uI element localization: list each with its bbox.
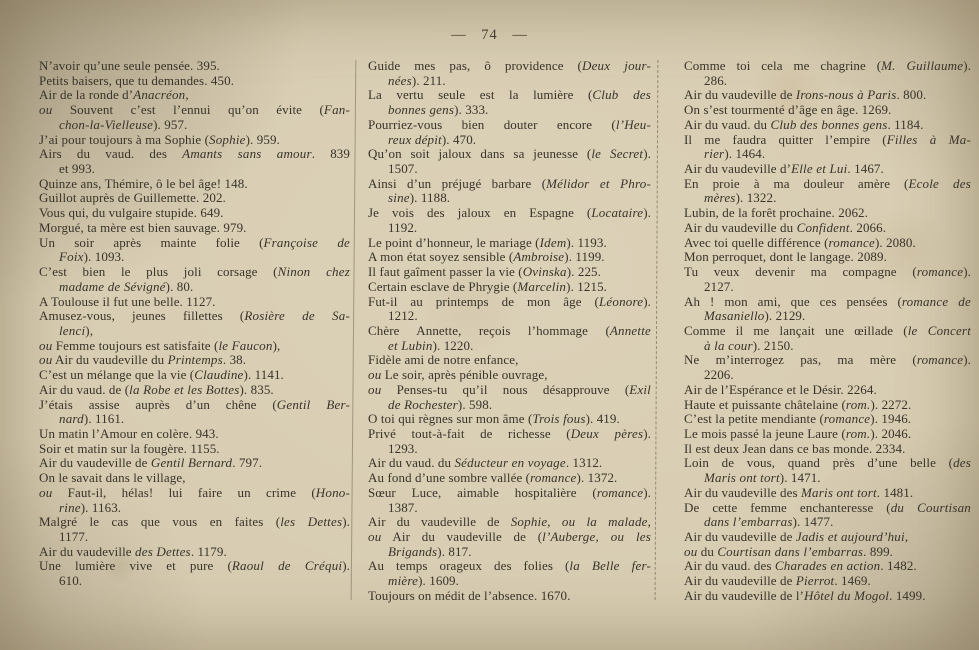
index-entry-line: Lubin, de la forêt prochaine. 2062. [684,206,971,221]
index-entry-line: et Lubin). 1220. [368,339,651,354]
index-entry-line: Air du vaudeville de Irons-nous à Paris.… [684,88,971,103]
index-entry-line: ou du Courtisan dans l’embarras. 899. [684,545,971,560]
column-divider-left [351,60,357,600]
index-entry-line: Au fond d’une sombre vallée (romance). 1… [368,471,651,486]
index-entry-line: bonnes gens). 333. [368,103,651,118]
index-entry-line: Air du vaud. du Club des bonnes gens. 11… [684,118,971,133]
index-entry-line: Un soir après mainte folie (Françoise de [39,236,350,251]
index-entry-line: On s’est tourmenté d’âge en âge. 1269. [684,103,971,118]
index-entry-line: Soir et matin sur la fougère. 1155. [39,442,350,457]
index-entry-line: Brigands). 817. [368,545,651,560]
index-entry-line: Air du vaudeville de Gentil Bernard. 797… [39,456,350,471]
index-entry-line: Chère Annette, reçois l’hommage (Annette [368,324,651,339]
scanned-book-page: — 74 — N’avoir qu’une seule pensée. 395.… [0,0,979,650]
index-entry-line: nard). 1161. [39,412,350,427]
index-entry-line: Loin de vous, quand près d’une belle (de… [684,456,971,471]
index-entry-line: rine). 1163. [39,501,350,516]
index-column-right: Comme toi cela me chagrine (M. Guillaume… [684,59,971,604]
index-entry-line: Avec toi quelle différence (romance). 20… [684,236,971,251]
index-entry-line: reux dépit). 470. [368,133,651,148]
index-entry-line: Il est deux Jean dans ce bas monde. 2334… [684,442,971,457]
index-entry-line: Air du vaudeville de Jadis et aujourd’hu… [684,530,971,545]
index-entry-line: Le mois passé la jeune Laure (rom.). 204… [684,427,971,442]
index-entry-line: 2127. [684,280,971,295]
index-entry-line: 2206. [684,368,971,383]
index-entry-line: Il me faudra quitter l’empire (Filles à … [684,133,971,148]
index-entry-line: Air du vaudeville d’Elle et Lui. 1467. [684,162,971,177]
index-entry-line: Guide mes pas, ô providence (Deux jour- [368,59,651,74]
index-entry-line: Morgué, ta mère est bien sauvage. 979. [39,221,350,236]
index-entry-line: Ah ! mon ami, que ces pensées (romance d… [684,295,971,310]
index-entry-line: ou Penses-tu qu’il nous désapprouve (Exi… [368,383,651,398]
column-divider-right [655,60,659,600]
index-entry-line: ou Faut-il, hélas! lui faire un crime (H… [39,486,350,501]
index-entry-line: Privé tout-à-fait de richesse (Deux père… [368,427,651,442]
index-entry-line: On le savait dans le village, [39,471,350,486]
index-entry-line: A mon état soyez sensible (Ambroise). 11… [368,250,651,265]
index-entry-line: Au temps orageux des folies (la Belle fe… [368,559,651,574]
index-entry-line: 1212. [368,309,651,324]
index-entry-line: O toi qui règnes sur mon âme (Trois fous… [368,412,651,427]
index-entry-line: 1293. [368,442,651,457]
index-entry-line: Malgré le cas que vous en faites (les De… [39,515,350,530]
index-entry-line: Tu veux devenir ma compagne (romance). [684,265,971,280]
index-column-left: N’avoir qu’une seule pensée. 395.Petits … [39,59,350,589]
index-entry-line: ou Souvent c’est l’ennui qu’on évite (Fa… [39,103,350,118]
index-entry-line: Air du vaudeville des Maris ont tort. 14… [684,486,971,501]
index-entry-line: rier). 1464. [684,147,971,162]
index-entry-line: Air du vaudeville des Dettes. 1179. [39,545,350,560]
index-entry-line: Sœur Luce, aimable hospitalière (romance… [368,486,651,501]
index-entry-line: Une lumière vive et pure (Raoul de Créqu… [39,559,350,574]
index-entry-line: En proie à ma douleur amère (Ecole des [684,177,971,192]
index-entry-line: 1177. [39,530,350,545]
index-entry-line: Ne m’interrogez pas, ma mère (romance). [684,353,971,368]
index-entry-line: N’avoir qu’une seule pensée. 395. [39,59,350,74]
index-entry-line: 286. [684,74,971,89]
page-number: — 74 — [0,27,979,44]
index-entry-line: Air du vaudeville de Pierrot. 1469. [684,574,971,589]
index-entry-line: chon-la-Vielleuse). 957. [39,118,350,133]
index-entry-line: Air de l’Espérance et le Désir. 2264. [684,383,971,398]
index-entry-line: Fut-il au printemps de mon âge (Léonore)… [368,295,651,310]
index-entry-line: A Toulouse il fut une belle. 1127. [39,295,350,310]
index-entry-line: Certain esclave de Phrygie (Marcelin). 1… [368,280,651,295]
index-entry-line: C’est la petite mendiante (romance). 194… [684,412,971,427]
index-entry-line: C’est un mélange que la vie (Claudine). … [39,368,350,383]
index-entry-line: Air du vaudeville du Confident. 2066. [684,221,971,236]
index-entry-line: De cette femme enchanteresse (du Courtis… [684,501,971,516]
index-entry-line: Toujours on médit de l’absence. 1670. [368,589,651,604]
index-entry-line: La vertu seule est la lumière (Club des [368,88,651,103]
index-entry-line: Foix). 1093. [39,250,350,265]
index-entry-line: ou Le soir, après pénible ouvrage, [368,368,651,383]
index-entry-line: mière). 1609. [368,574,651,589]
index-entry-line: Haute et puissante châtelaine (rom.). 22… [684,398,971,413]
index-entry-line: Ainsi d’un préjugé barbare (Mélidor et P… [368,177,651,192]
index-entry-line: Air de la ronde d’Anacréon, [39,88,350,103]
index-entry-line: à la cour). 2150. [684,339,971,354]
index-entry-line: dans l’embarras). 1477. [684,515,971,530]
index-entry-line: ou Air du vaudeville du Printemps. 38. [39,353,350,368]
index-entry-line: Pourriez-vous bien douter encore (l’Heu- [368,118,651,133]
index-entry-line: madame de Sévigné). 80. [39,280,350,295]
index-entry-line: Maris ont tort). 1471. [684,471,971,486]
index-entry-line: Un matin l’Amour en colère. 943. [39,427,350,442]
index-entry-line: de Rochester). 598. [368,398,651,413]
index-entry-line: Air du vaud. du Séducteur en voyage. 131… [368,456,651,471]
index-entry-line: Air du vaud. des Charades en action. 148… [684,559,971,574]
index-column-middle: Guide mes pas, ô providence (Deux jour-n… [368,59,651,604]
index-entry-line: Airs du vaud. des Amants sans amour. 839 [39,147,350,162]
index-entry-line: et 993. [39,162,350,177]
index-entry-line: J’ai pour toujours à ma Sophie (Sophie).… [39,133,350,148]
index-entry-line: Mon perroquet, dont le langage. 2089. [684,250,971,265]
index-entry-line: Petits baisers, que tu demandes. 450. [39,74,350,89]
index-entry-line: Fidèle ami de notre enfance, [368,353,651,368]
index-entry-line: Comme toi cela me chagrine (M. Guillaume… [684,59,971,74]
index-entry-line: Comme il me lançait une œillade (le Conc… [684,324,971,339]
index-entry-line: sine). 1188. [368,191,651,206]
index-entry-line: J’étais assise auprès d’un chêne (Gentil… [39,398,350,413]
index-entry-line: 610. [39,574,350,589]
index-entry-line: C’est bien le plus joli corsage (Ninon c… [39,265,350,280]
index-entry-line: lenci), [39,324,350,339]
index-entry-line: 1192. [368,221,651,236]
index-entry-line: ou Femme toujours est satisfaite (le Fau… [39,339,350,354]
index-entry-line: 1387. [368,501,651,516]
index-entry-line: Masaniello). 2129. [684,309,971,324]
index-entry-line: mères). 1322. [684,191,971,206]
index-entry-line: 1507. [368,162,651,177]
index-entry-line: ou Air du vaudeville de (l’Auberge, ou l… [368,530,651,545]
index-entry-line: Air du vaud. de (la Robe et les Bottes).… [39,383,350,398]
index-entry-line: Je vois des jaloux en Espagne (Locataire… [368,206,651,221]
index-entry-line: Air du vaudeville de l’Hôtel du Mogol. 1… [684,589,971,604]
index-entry-line: Qu’on soit jaloux dans sa jeunesse (le S… [368,147,651,162]
index-entry-line: Air du vaudeville de Sophie, ou la malad… [368,515,651,530]
index-entry-line: nées). 211. [368,74,651,89]
index-entry-line: Amusez-vous, jeunes fillettes (Rosière d… [39,309,350,324]
index-entry-line: Vous qui, du vulgaire stupide. 649. [39,206,350,221]
index-entry-line: Quinze ans, Thémire, ô le bel âge! 148. [39,177,350,192]
index-entry-line: Guillot auprès de Guillemette. 202. [39,191,350,206]
index-entry-line: Le point d’honneur, le mariage (Idem). 1… [368,236,651,251]
index-entry-line: Il faut gaîment passer la vie (Ovinska).… [368,265,651,280]
